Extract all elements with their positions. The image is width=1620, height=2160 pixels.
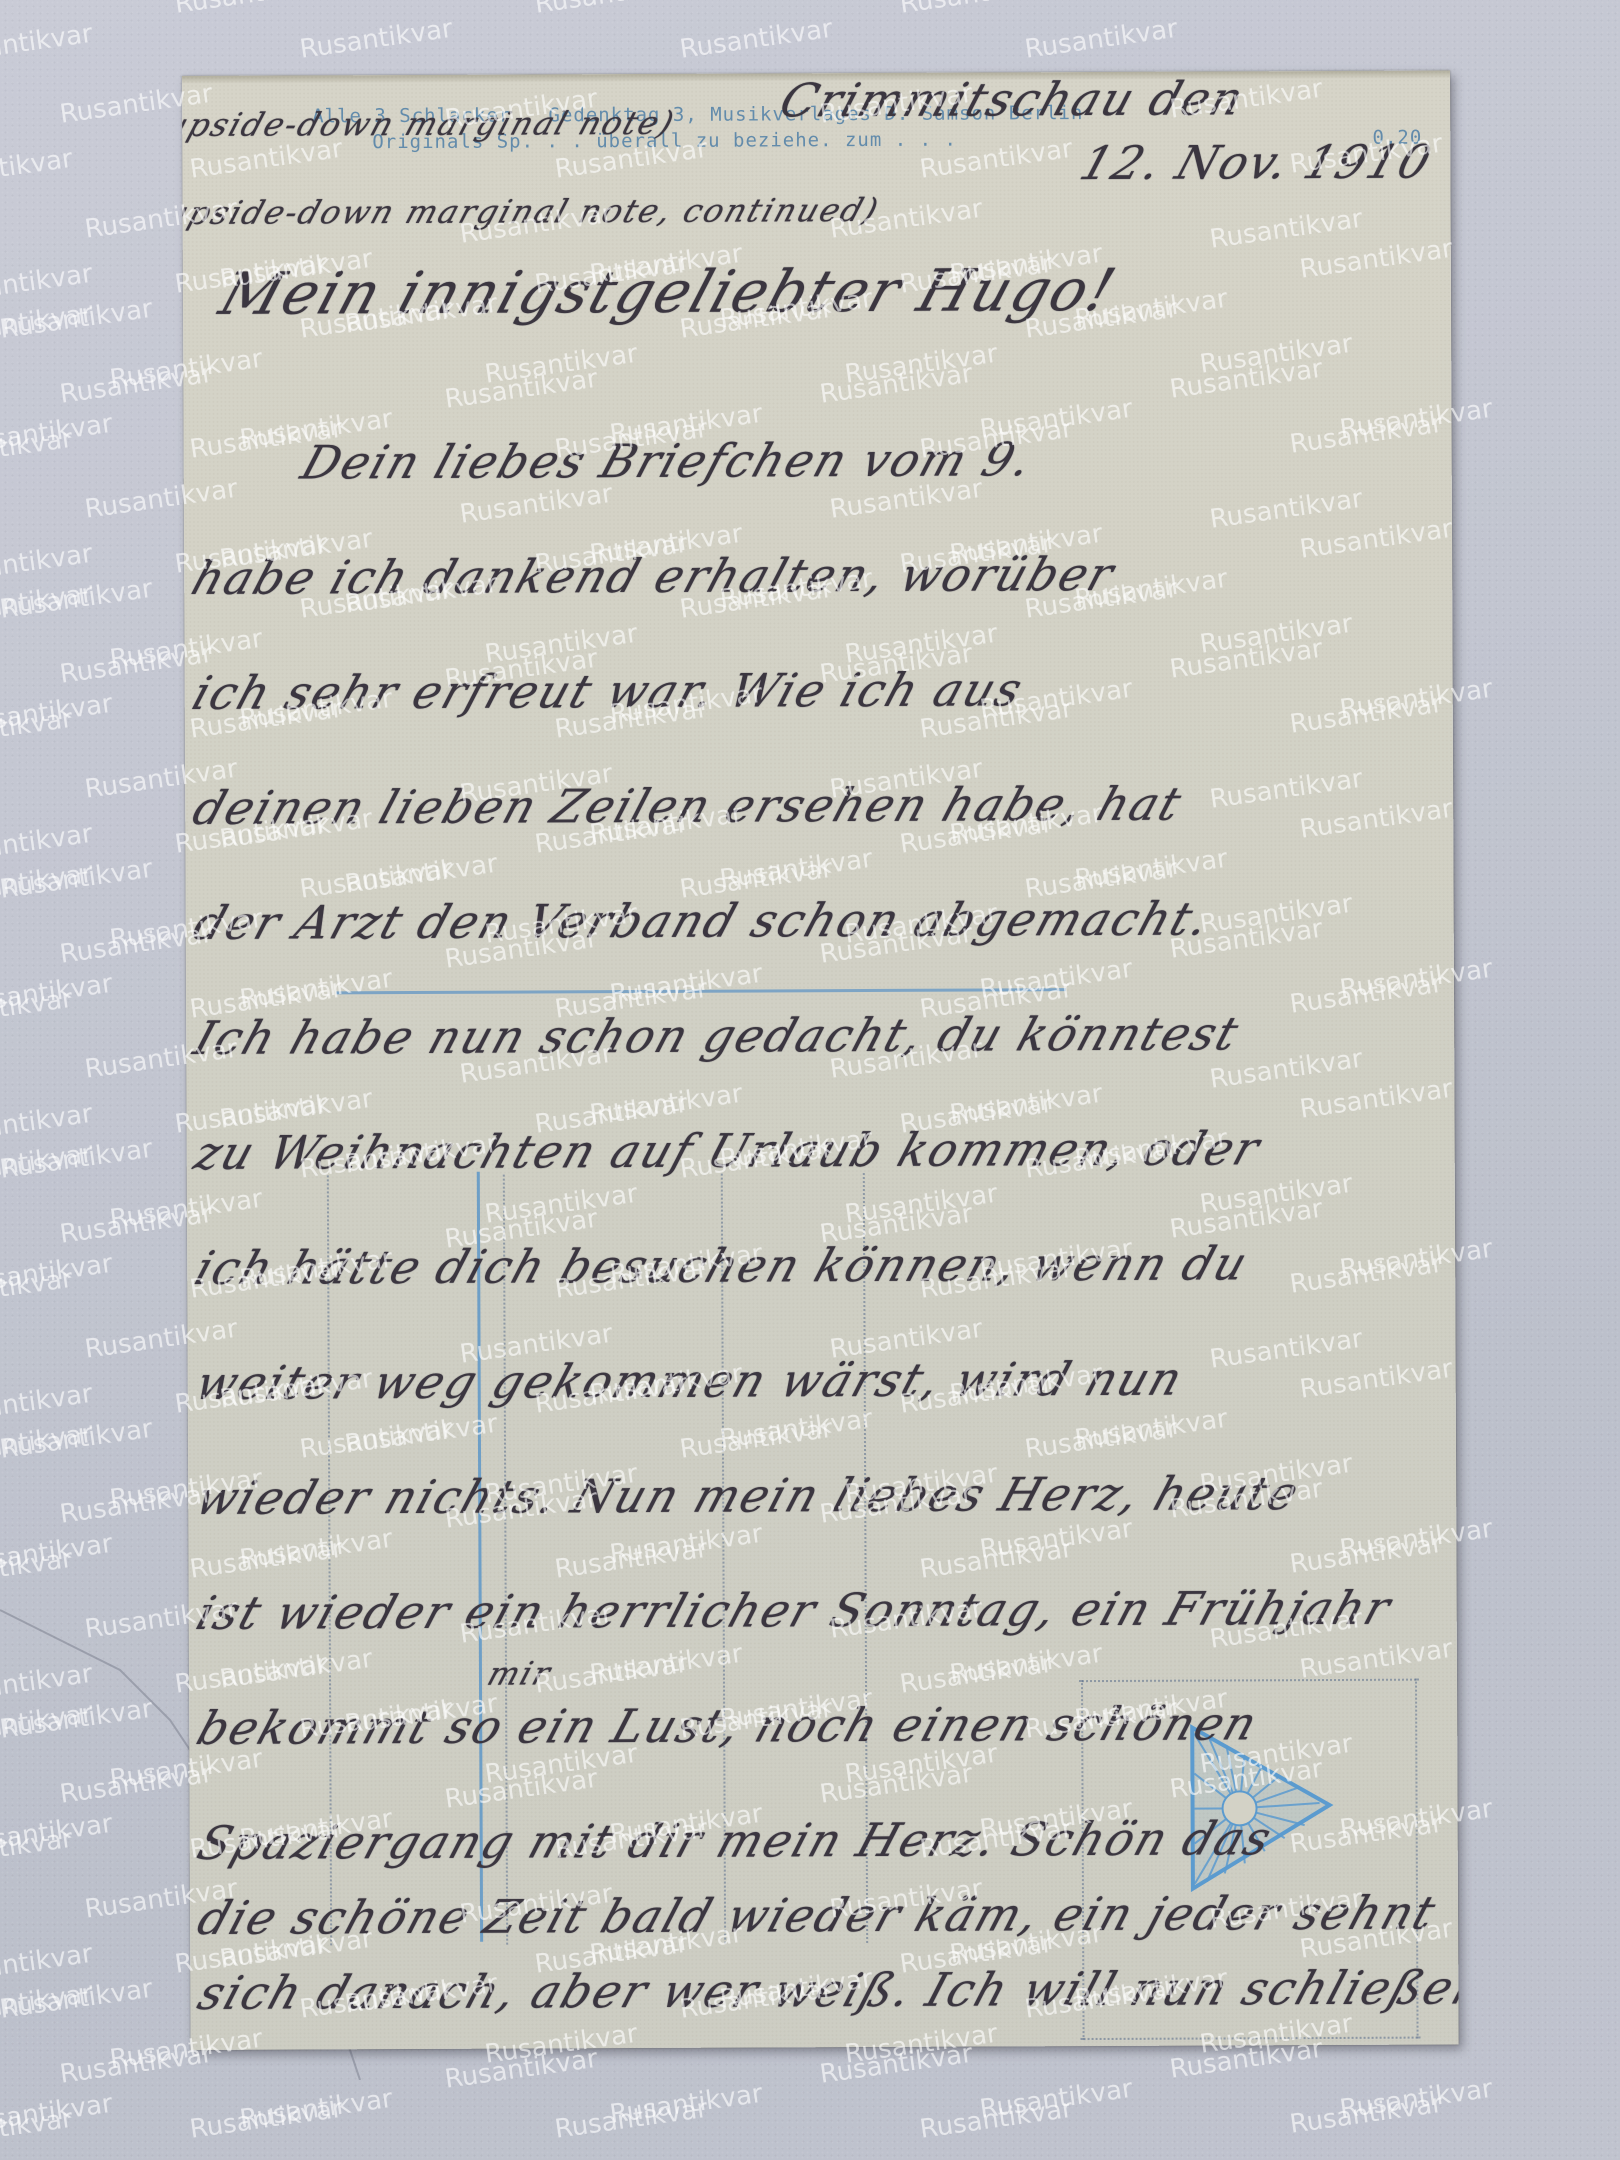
letter-line: Dein liebes Briefchen vom 9. — [295, 432, 1040, 489]
letter-line: ich sehr erfreut war. Wie ich aus — [186, 662, 1031, 720]
marginal-note-upside-down: (upside-down marginal note) — [182, 104, 680, 144]
letter-line: Spaziergang mit dir mein Herz. Schön das — [191, 1811, 1280, 1870]
letter-line: sich danach, aber wer weiß. Ich will nun… — [192, 1960, 1459, 2020]
handwritten-letter: (upside-down marginal note) Crimmitschau… — [182, 70, 1459, 2050]
letter-greeting: Mein innigstgeliebter Hugo! — [212, 256, 1125, 328]
letter-line: bekommt so ein Lust, noch einen schönen — [191, 1696, 1266, 1755]
postcard: Alle 3 Schlacker . Gedenktag 3, Musikver… — [182, 70, 1459, 2050]
place-date-line: Crimmitschau den — [773, 71, 1252, 127]
letter-line: der Arzt den Verband schon abgemacht. — [187, 891, 1218, 949]
marginal-note-upside-down: (upside-down marginal note, continued) — [182, 191, 885, 232]
letter-date: 12. Nov. 1910 — [1074, 135, 1440, 191]
letter-line: ich hätte dich besuchen können, wenn du — [189, 1236, 1256, 1295]
letter-line: zu Weihnachten auf Urlaub kommen, oder — [188, 1121, 1268, 1180]
letter-line: ist wieder ein herrlicher Sonntag, ein F… — [190, 1581, 1399, 1640]
letter-line: weiter weg gekommen wärst, wird nun — [189, 1352, 1191, 1410]
letter-line: wieder nichts. Nun mein liebes Herz, heu… — [190, 1466, 1307, 1525]
letter-line: die schöne Zeit bald wieder käm, ein jed… — [191, 1886, 1443, 1945]
letter-line: habe ich dankend erhalten, worüber — [186, 547, 1123, 605]
interlinear-insert: mir — [483, 1654, 557, 1692]
letter-line: deinen lieben Zeilen ersehen habe, hat — [187, 777, 1190, 835]
letter-line: Ich habe nun schon gedacht, du könntest — [188, 1006, 1247, 1065]
